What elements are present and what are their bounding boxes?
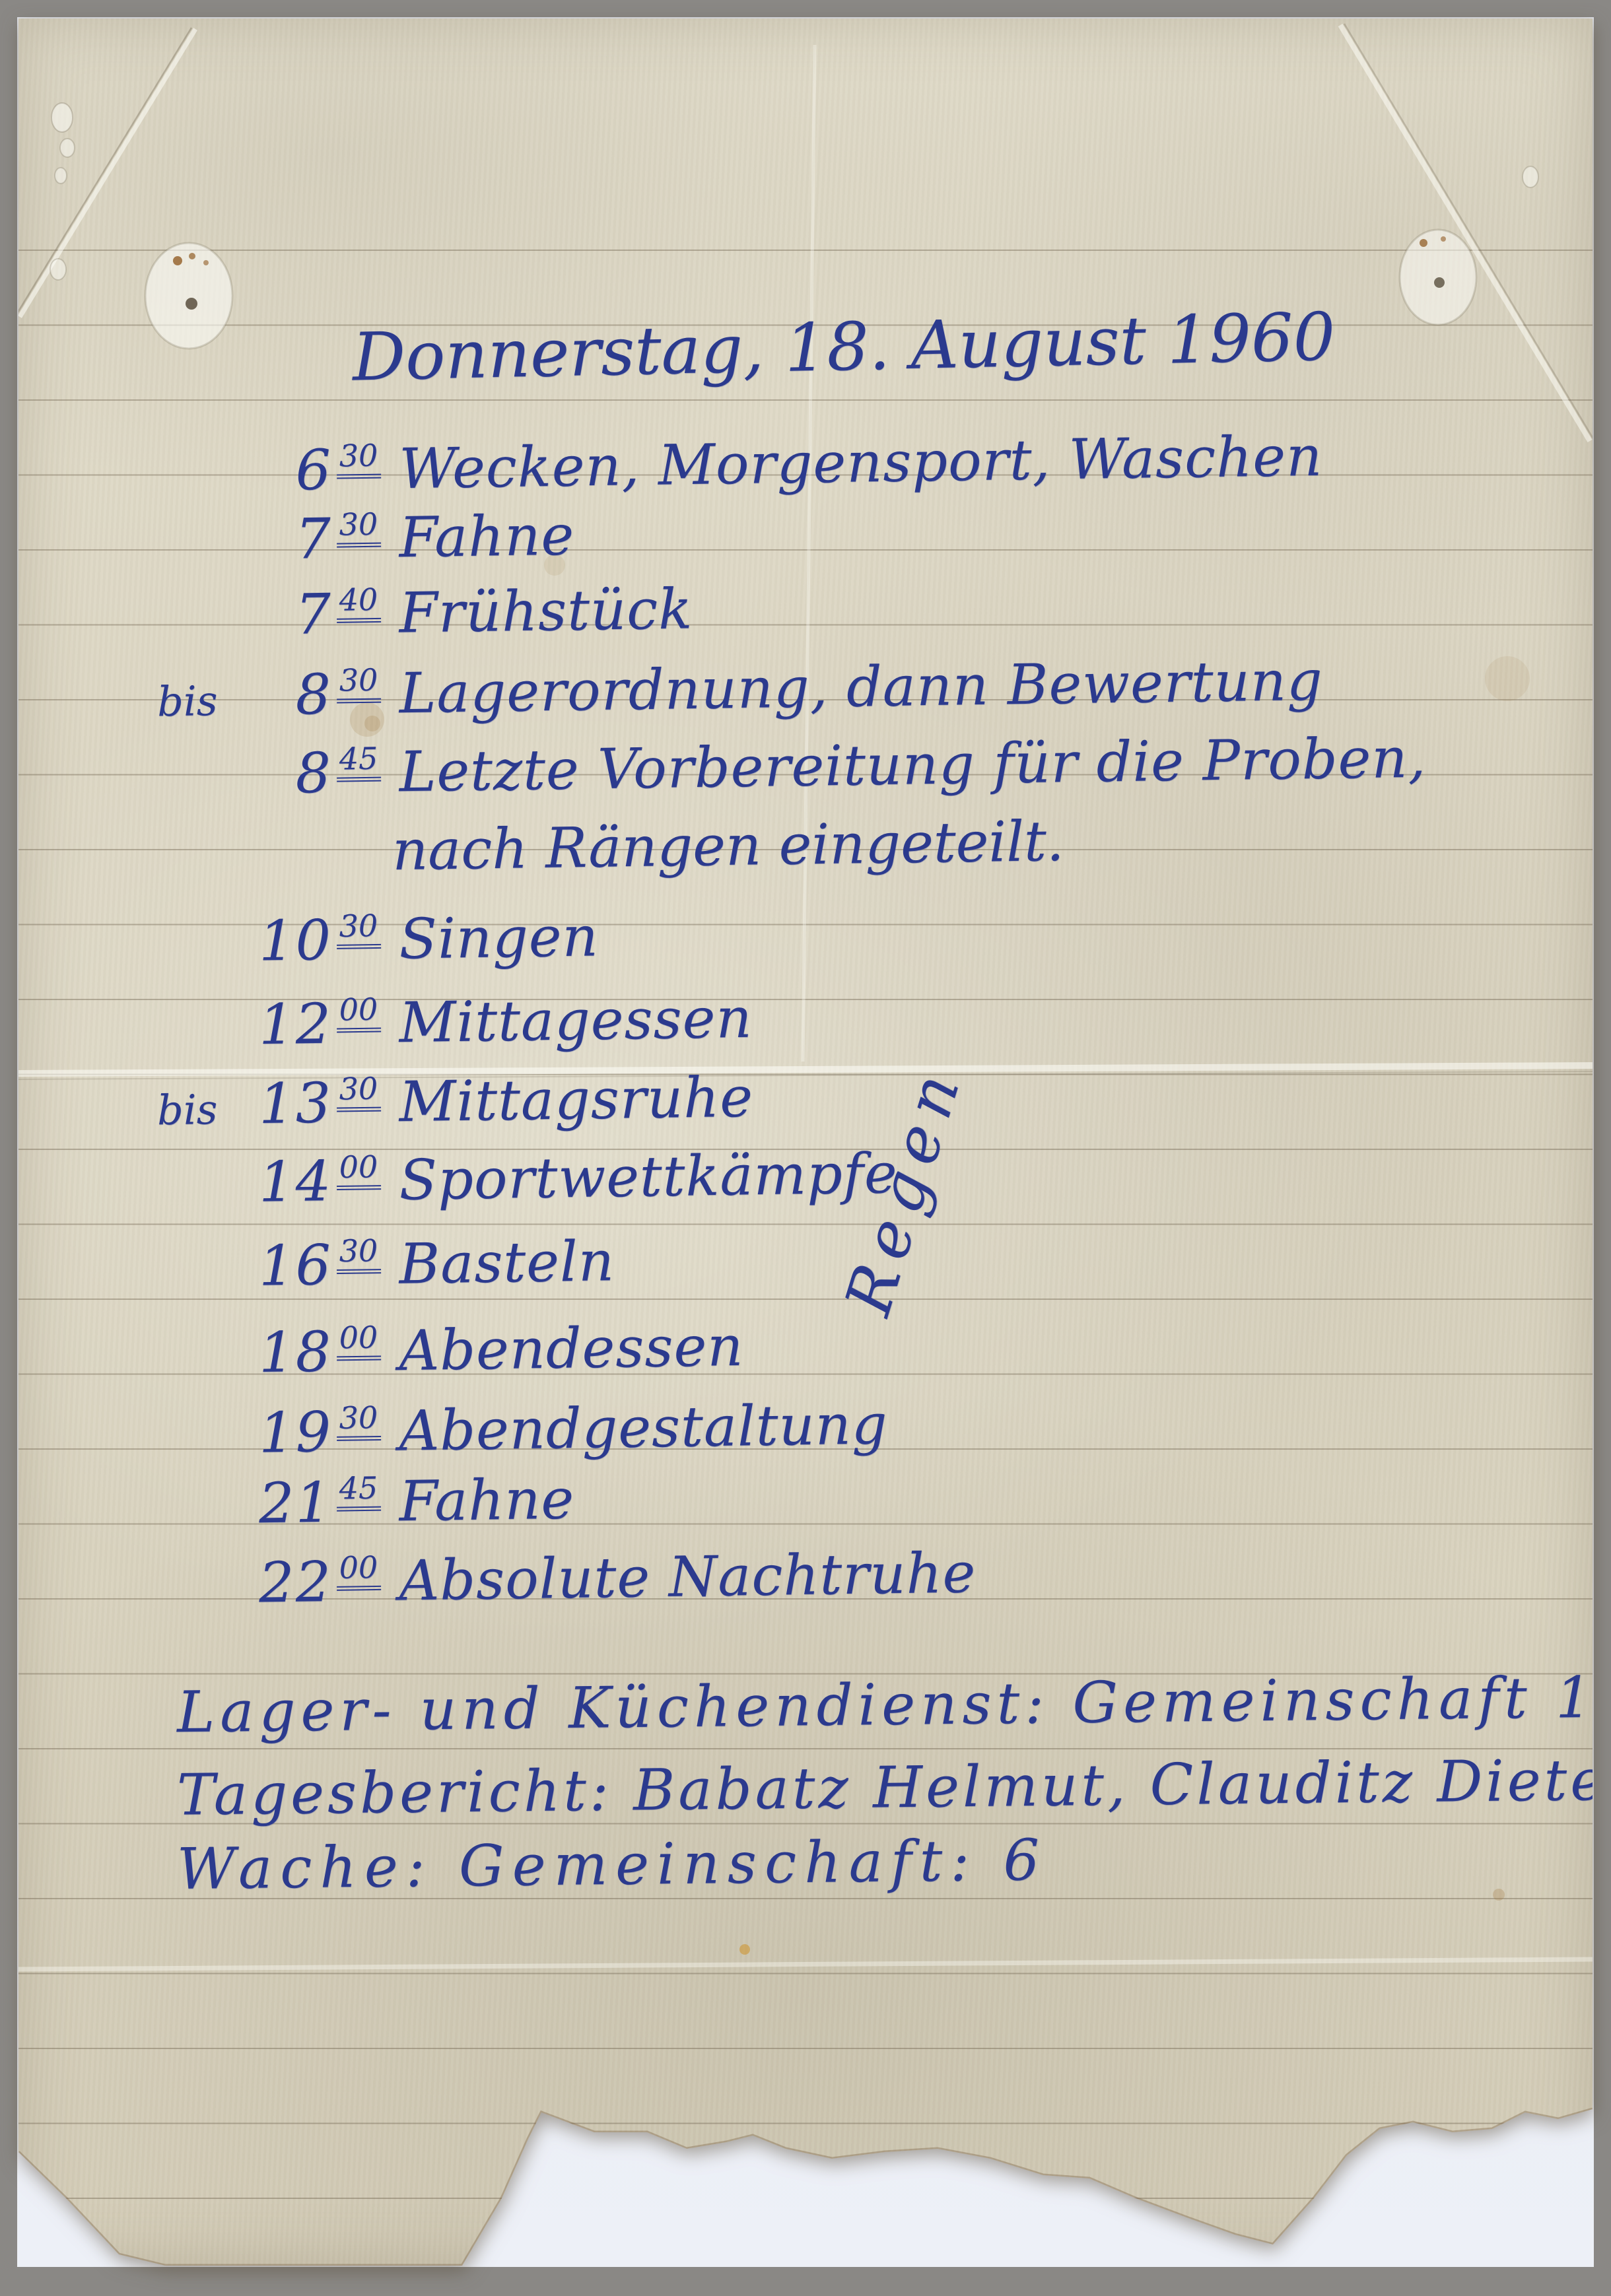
pin-hole-left	[145, 243, 232, 349]
time-hour: 18	[239, 1324, 332, 1381]
paper-sheet: Donnerstag, 18. August 1960 630Wecken, M…	[18, 18, 1593, 2266]
crease-vertical-center	[803, 45, 815, 1062]
time-minutes: 30	[336, 1402, 380, 1441]
time-minutes: 00	[336, 994, 380, 1033]
time-minutes: 00	[336, 1322, 380, 1361]
activity-text: Basteln	[399, 1229, 615, 1297]
schedule-row-11: 1800Abendessen	[156, 1318, 743, 1386]
schedule-row-10: 1630Basteln	[156, 1233, 615, 1299]
time-prefix	[157, 559, 240, 560]
time-prefix	[157, 1372, 240, 1373]
time-prefix	[157, 1044, 240, 1046]
torn-edge-highlight	[18, 2109, 1593, 2266]
schedule-row-6: 1030Singen	[156, 908, 599, 974]
schedule-row-14: 2200Absolute Nachtruhe	[156, 1545, 976, 1615]
torn-notebook-page: Donnerstag, 18. August 1960 630Wecken, M…	[18, 18, 1593, 2266]
time-hour: 19	[239, 1404, 332, 1461]
activity-text: Mittagsruhe	[399, 1065, 754, 1134]
time-minutes: 30	[336, 665, 380, 704]
time-minutes: 30	[336, 1235, 380, 1274]
duty-note-camp-kitchen: Lager- und Küchendienst: Gemeinschaft 1	[177, 1670, 1598, 1741]
time-minutes: 40	[336, 584, 380, 623]
time-hour: 12	[239, 996, 332, 1053]
time-minutes: 30	[336, 1073, 380, 1112]
activity-text: Abendgestaltung	[399, 1392, 888, 1463]
time-prefix: bis	[157, 681, 240, 723]
time-hour: 14	[239, 1153, 332, 1210]
activity-text: Fahne	[399, 1467, 575, 1534]
schedule-row-12: 1930Abendgestaltung	[156, 1396, 888, 1466]
crease-horizontal-lower	[18, 1959, 1593, 1969]
activity-text: Mittagessen	[399, 986, 753, 1055]
time-hour: 7	[239, 511, 332, 568]
schedule-row-2: 730Fahne	[156, 508, 574, 573]
activity-text: Wecken, Morgensport, Waschen	[399, 424, 1323, 502]
activity-text: Sportwettkämpfe	[399, 1141, 898, 1213]
schedule-row-8: bis1330Mittagsruhe	[156, 1069, 753, 1137]
time-prefix	[157, 793, 240, 795]
time-prefix	[157, 1285, 240, 1287]
time-hour: 16	[239, 1237, 332, 1294]
time-hour: 22	[239, 1554, 332, 1611]
time-hour: 8	[239, 667, 332, 724]
time-hour: 10	[239, 912, 332, 969]
activity-text: Absolute Nachtruhe	[399, 1540, 977, 1613]
time-hour: 8	[239, 745, 332, 802]
time-prefix	[157, 961, 240, 962]
time-hour: 6	[239, 442, 332, 499]
time-hour: 21	[239, 1475, 332, 1532]
emboss-mark-right	[1523, 166, 1538, 187]
pin-hole-right	[1400, 230, 1476, 325]
schedule-row-9: 1400Sportwettkämpfe	[156, 1145, 898, 1215]
duty-note-guard: Wache: Gemeinschaft: 6	[177, 1832, 1048, 1898]
schedule-row-3: 740Frühstück	[156, 581, 693, 648]
schedule-row-5-continuation: nach Rängen eingeteilt.	[392, 813, 1064, 878]
scan-frame: Donnerstag, 18. August 1960 630Wecken, M…	[0, 0, 1611, 2296]
duty-note-daily-report: Tagesbericht: Babatz Helmut, Clauditz Di…	[177, 1751, 1611, 1823]
time-minutes: 30	[336, 910, 380, 949]
time-prefix	[157, 1602, 240, 1604]
time-prefix	[157, 1201, 240, 1203]
crease-top-right	[1340, 24, 1593, 441]
activity-text: Singen	[399, 904, 599, 971]
activity-text: Lagerordnung, dann Bewertung	[399, 648, 1323, 726]
time-hour: 13	[239, 1075, 332, 1132]
time-minutes: 45	[336, 1473, 380, 1512]
time-hour: 7	[239, 586, 332, 643]
time-prefix	[157, 1452, 240, 1454]
time-prefix: bis	[157, 1089, 240, 1131]
time-minutes: 45	[336, 743, 380, 782]
activity-text: Abendessen	[399, 1314, 744, 1383]
time-minutes: 00	[336, 1552, 380, 1591]
date-heading: Donnerstag, 18. August 1960	[352, 304, 1336, 390]
time-prefix	[157, 490, 240, 492]
time-prefix	[157, 1523, 240, 1524]
activity-text: Frühstück	[399, 576, 693, 645]
schedule-row-13: 2145Fahne	[156, 1471, 574, 1537]
time-minutes: 30	[336, 509, 380, 548]
time-minutes: 00	[336, 1151, 380, 1190]
activity-text: Fahne	[399, 503, 575, 570]
schedule-row-7: 1200Mittagessen	[156, 990, 753, 1058]
time-prefix	[157, 634, 240, 636]
time-minutes: 30	[336, 440, 380, 479]
